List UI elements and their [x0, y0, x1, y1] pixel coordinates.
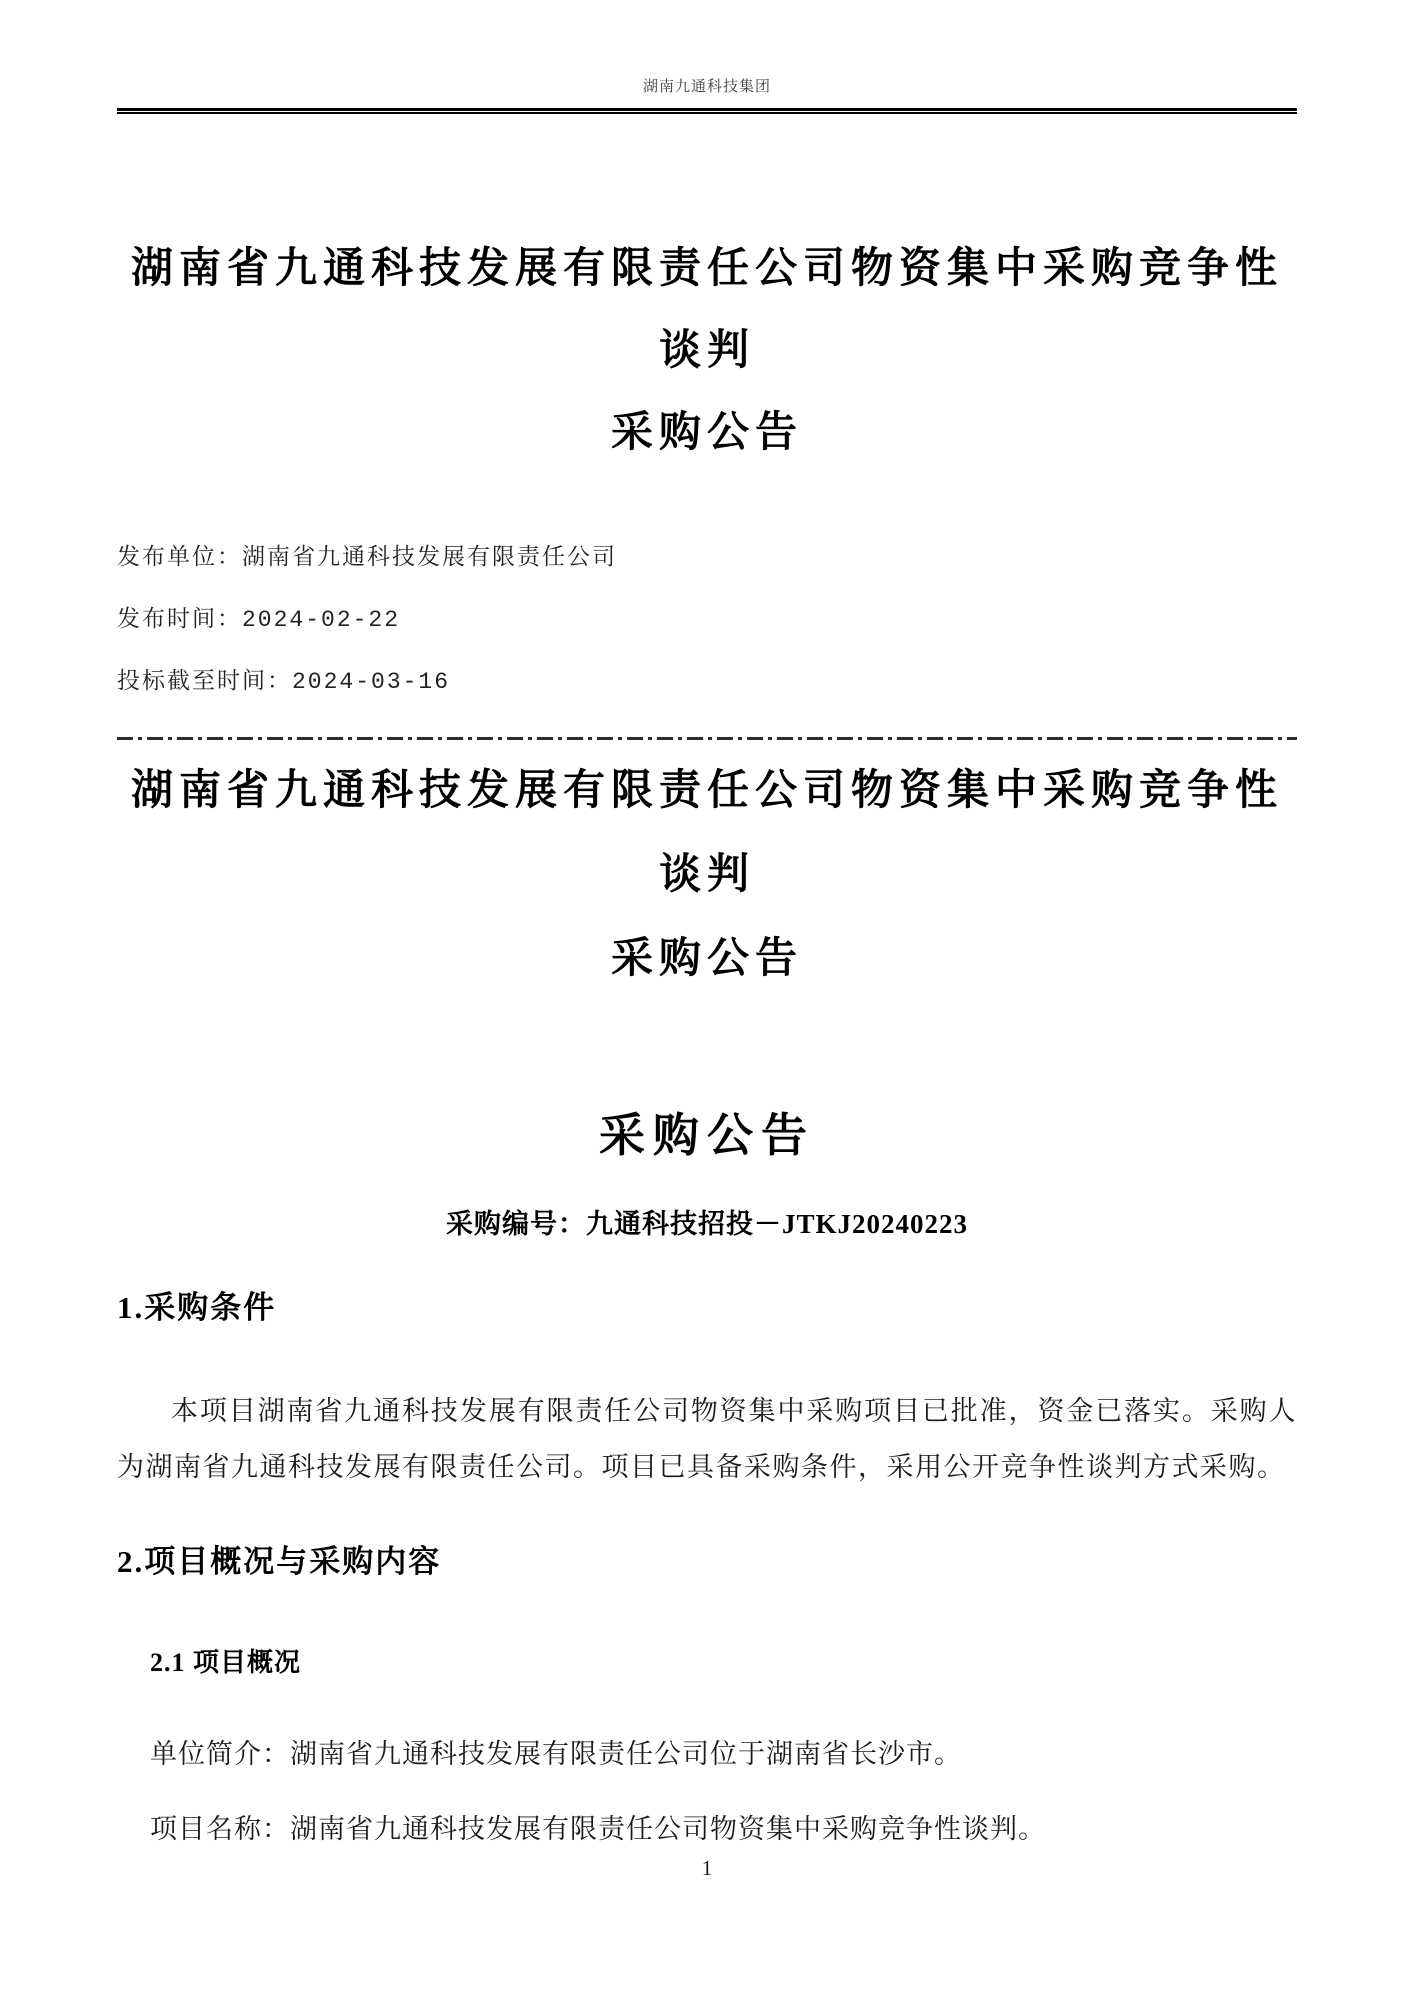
- announcement-title-line-2: 采购公告: [117, 392, 1297, 474]
- unit-intro-line: 单位简介：湖南省九通科技发展有限责任公司位于湖南省长沙市。: [117, 1726, 1297, 1782]
- repeated-title-line-1: 湖南省九通科技发展有限责任公司物资集中采购竞争性谈判: [117, 749, 1297, 917]
- repeated-title-line-2: 采购公告: [117, 917, 1297, 1001]
- page-number: 1: [0, 1855, 1414, 1881]
- project-name-line: 项目名称：湖南省九通科技发展有限责任公司物资集中采购竞争性谈判。: [117, 1801, 1297, 1857]
- announcement-meta: 发布单位：湖南省九通科技发展有限责任公司 发布时间：2024-02-22 投标截…: [117, 545, 1297, 695]
- announcement-title: 湖南省九通科技发展有限责任公司物资集中采购竞争性谈判 采购公告: [117, 228, 1297, 474]
- meta-publish-date: 发布时间：2024-02-22: [117, 607, 1297, 633]
- procurement-ref-number: 采购编号：九通科技招投－JTKJ20240223: [117, 1204, 1297, 1244]
- section-1-heading: 1.采购条件: [117, 1278, 1297, 1338]
- meta-publisher: 发布单位：湖南省九通科技发展有限责任公司: [117, 545, 1297, 571]
- dashdot-divider: [117, 737, 1297, 740]
- notice-heading: 采购公告: [117, 1106, 1297, 1166]
- repeated-title: 湖南省九通科技发展有限责任公司物资集中采购竞争性谈判 采购公告: [117, 749, 1297, 1001]
- page-content: 湖南九通科技集团 湖南省九通科技发展有限责任公司物资集中采购竞争性谈判 采购公告…: [0, 0, 1414, 1857]
- header-rule: [117, 108, 1297, 114]
- page-header-org-name: 湖南九通科技集团: [117, 76, 1297, 98]
- announcement-title-line-1: 湖南省九通科技发展有限责任公司物资集中采购竞争性谈判: [117, 228, 1297, 392]
- meta-bid-deadline: 投标截至时间：2024-03-16: [117, 669, 1297, 695]
- section-2-1-subheading: 2.1 项目概况: [117, 1638, 1297, 1688]
- section-1-paragraph: 本项目湖南省九通科技发展有限责任公司物资集中采购项目已批准，资金已落实。采购人为…: [117, 1383, 1297, 1495]
- section-2-heading: 2.项目概况与采购内容: [117, 1532, 1297, 1592]
- document-page: 湖南九通科技集团 湖南省九通科技发展有限责任公司物资集中采购竞争性谈判 采购公告…: [0, 0, 1414, 2000]
